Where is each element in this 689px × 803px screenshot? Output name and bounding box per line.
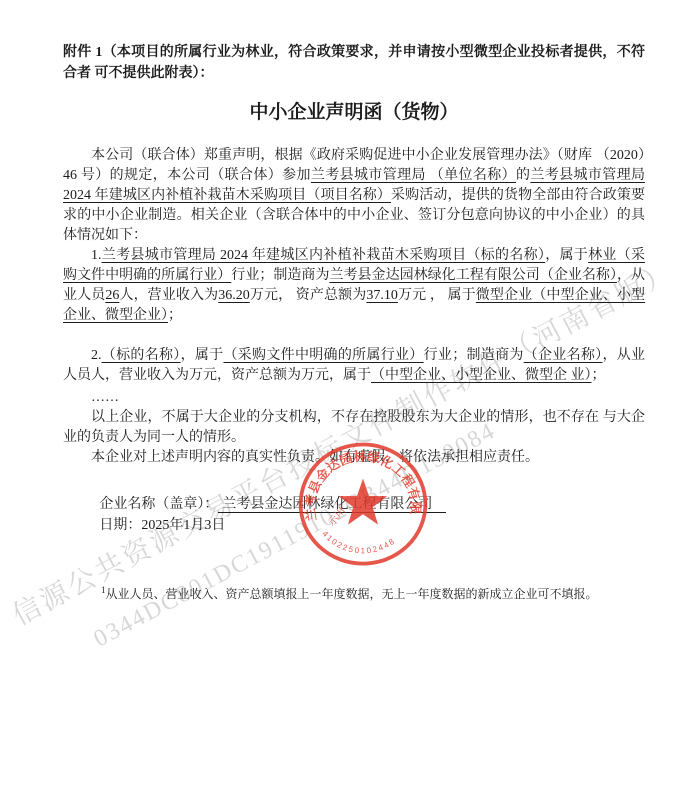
signature-block: 企业名称（盖章）：兰考县金达园林绿化工程有限公司 日期：2025年1月3日 [99, 494, 645, 536]
ellipsis-line: …… [63, 388, 645, 408]
item1-text: 行业；制造商为 [231, 268, 329, 283]
item1-text: 人，营业收入为 [119, 288, 218, 303]
item2-industry-underlined: （采购文件中明确的所属行业） [223, 348, 423, 363]
intro-text: 的 [516, 168, 530, 183]
item1-text: 万元， 资产总额为 [250, 288, 367, 303]
item2-number: 2. [91, 348, 102, 363]
item1-assets-underlined: 37.10 [366, 288, 398, 303]
date-label: 日期： [99, 518, 141, 533]
item2-paragraph: 2.（标的名称），属于（采购文件中明确的所属行业）行业；制造商为（企业名称），从… [63, 346, 645, 386]
item2-text: 行业；制造商为 [424, 348, 524, 363]
attachment-note: 附件 1（本项目的所属行业为林业，符合政策要求，并申请按小型微型企业投标者提供，… [63, 42, 645, 84]
document-content: 附件 1（本项目的所属行业为林业，符合政策要求，并申请按小型微型企业投标者提供，… [63, 42, 645, 603]
item1-subject-underlined: 兰考县城市管理局 2024 年建城区内补植补栽苗木采购项目（标的名称） [102, 248, 546, 263]
item2-text: ，属于 [181, 348, 224, 363]
footnote-text: 从业人员、营业收入、资产总额填报上一年度数据，无上一年度数据的新成立企业可不填报… [106, 587, 598, 601]
item1-number: 1. [91, 248, 102, 263]
company-seal-label: 企业名称（盖章）： [99, 497, 218, 512]
page-title: 中小企业声明函（货物） [63, 100, 645, 126]
item1-manufacturer-underlined: 兰考县金达园林绿化工程有限公司（企业名称） [329, 268, 617, 283]
purchaser-name-underlined: 兰考县城市管理局 （单位名称） [311, 168, 516, 183]
item1-text: ，属于 [545, 248, 588, 263]
declaration-body: 本公司（联合体）郑重声明，根据《政府采购促进中小企业发展管理办法》（财库 （20… [63, 146, 645, 468]
intro-paragraph: 本公司（联合体）郑重声明，根据《政府采购促进中小企业发展管理办法》（财库 （20… [63, 146, 645, 246]
item1-revenue-underlined: 36.20 [218, 288, 250, 303]
item1-paragraph: 1.兰考县城市管理局 2024 年建城区内补植补栽苗木采购项目（标的名称），属于… [63, 246, 645, 326]
date-line: 日期：2025年1月3日 [99, 515, 645, 536]
item2-subject-underlined: （标的名称） [102, 348, 181, 363]
footnote: 1从业人员、营业收入、资产总额填报上一年度数据，无上一年度数据的新成立企业可不填… [63, 582, 645, 603]
item2-manufacturer-underlined: （企业名称） [524, 348, 603, 363]
date-value: 2025年1月3日 [141, 518, 225, 533]
truthfulness-paragraph: 本企业对上述声明内容的真实性负责。如有虚假，将依法承担相应责任。 [63, 448, 645, 468]
no-branch-paragraph: 以上企业，不属于大企业的分支机构，不存在控股股东为大企业的情形，也不存在 与大企… [63, 408, 645, 448]
item1-text: 万元 ， 属于 [398, 288, 476, 303]
company-name-underlined: 兰考县金达园林绿化工程有限公司 [218, 497, 446, 513]
item2-text: ； [592, 368, 606, 383]
company-seal-line: 企业名称（盖章）：兰考县金达园林绿化工程有限公司 [99, 494, 645, 515]
document-page: 信源公共资源交易平台投标文件制作软件（河南省版） 0344DC801DC1911… [0, 0, 689, 803]
item2-enterprise-type-underlined: （中型企业、小型企业、微型企 业） [371, 368, 592, 383]
item1-employees-underlined: 26 [105, 288, 119, 303]
item1-text: ； [168, 308, 182, 323]
